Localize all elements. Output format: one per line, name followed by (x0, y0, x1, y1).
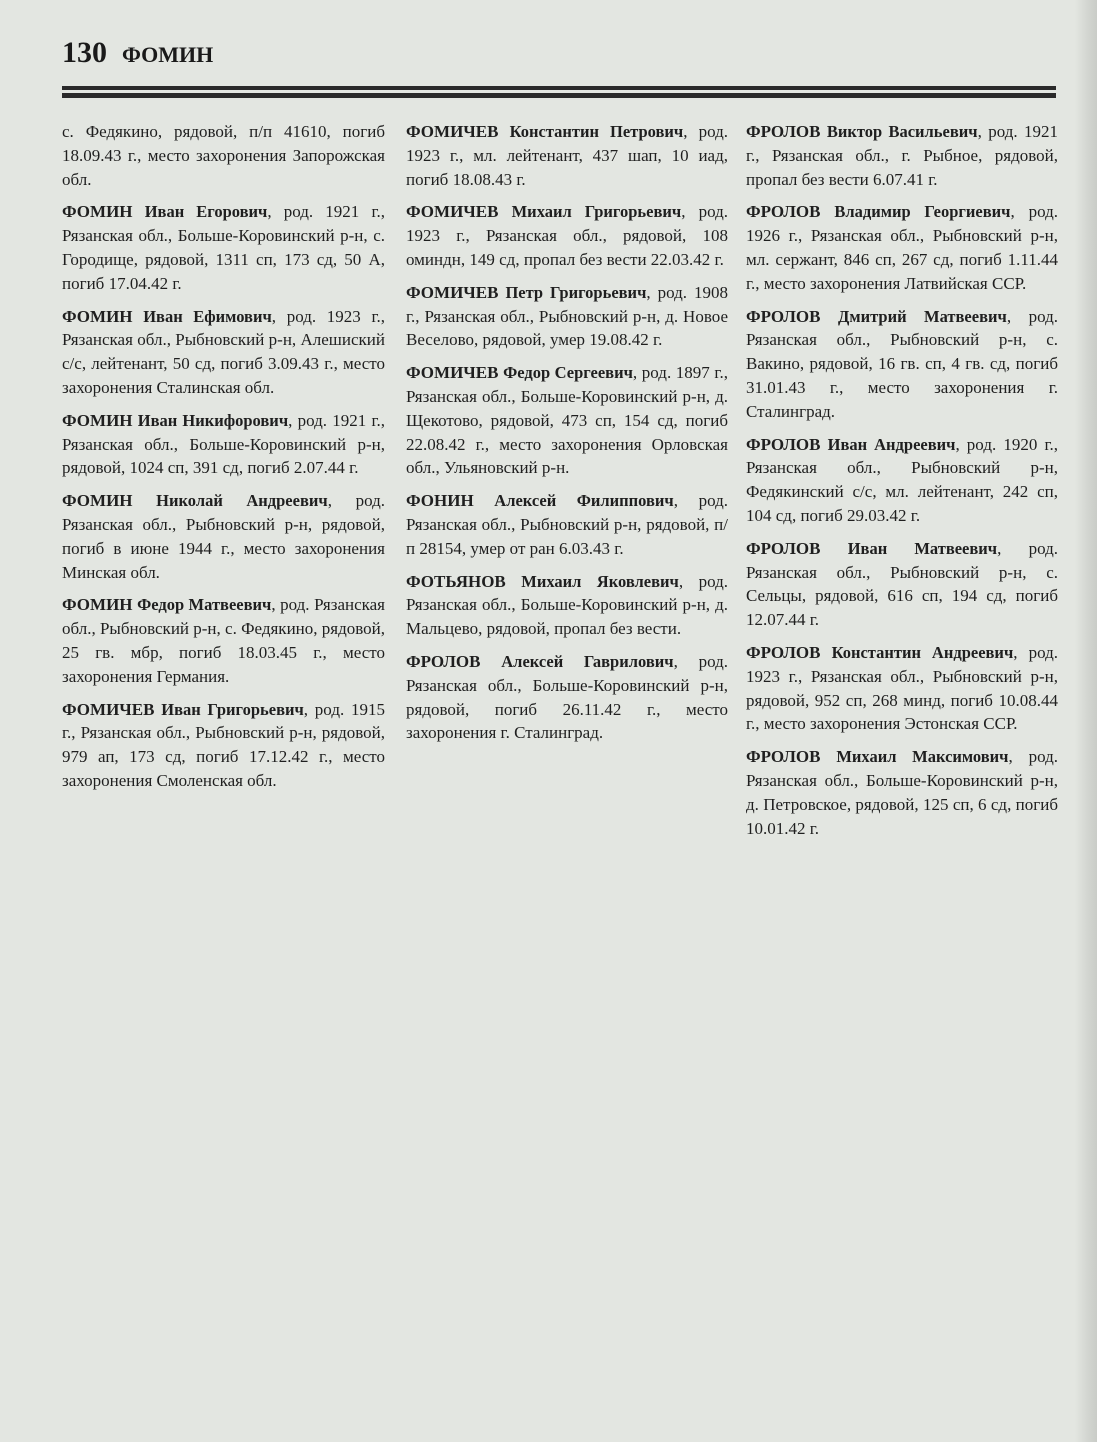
entry: ФОМИН Иван Никифорович, род. 1921 г., Ря… (62, 409, 385, 480)
entry-surname: ФРОЛОВ (746, 539, 821, 558)
entry: ФРОЛОВ Михаил Максимович, род. Рязанская… (746, 745, 1058, 840)
entry-given-name: Николай Андреевич (156, 491, 328, 510)
entry: ФРОЛОВ Константин Андреевич, род. 1923 г… (746, 641, 1058, 736)
page-number: 130 (62, 36, 107, 69)
entry-given-name: Алексей Филиппович (494, 491, 673, 510)
entry: ФОНИН Алексей Филиппович, род. Рязанская… (406, 489, 728, 560)
page-header: 130 ФОМИН (62, 36, 213, 70)
entry-given-name: Федор Сергеевич (503, 363, 633, 382)
entry-surname: ФРОЛОВ (746, 435, 821, 454)
entry-given-name: Михаил Максимович (836, 747, 1008, 766)
entry-text: с. Федякино, рядовой, п/п 41610, погиб 1… (62, 122, 385, 189)
entry-surname: ФРОЛОВ (406, 652, 481, 671)
entry-given-name: Федор Матвеевич (137, 595, 271, 614)
entry-given-name: Иван Ефимович (143, 307, 272, 326)
header-rule-bottom (62, 93, 1056, 98)
entry: ФОМИН Иван Ефимович, род. 1923 г., Рязан… (62, 305, 385, 400)
running-head: ФОМИН (122, 42, 213, 67)
entry: ФРОЛОВ Иван Андреевич, род. 1920 г., Ряз… (746, 433, 1058, 528)
page-edge-shadow (1075, 0, 1097, 1442)
entry-given-name: Константин Петрович (510, 122, 684, 141)
entry-given-name: Иван Григорьевич (161, 700, 304, 719)
entry-surname: ФОМИЧЕВ (406, 202, 498, 221)
column-3: ФРОЛОВ Виктор Васильевич, род. 1921 г., … (746, 120, 1058, 849)
entry: ФОМИЧЕВ Петр Григорьевич, род. 1908 г., … (406, 281, 728, 352)
entry-surname: ФОТЬЯНОВ (406, 572, 506, 591)
entry-given-name: Иван Никифорович (138, 411, 288, 430)
entry: ФОМИН Федор Матвеевич, род. Рязанская об… (62, 593, 385, 688)
entry: с. Федякино, рядовой, п/п 41610, погиб 1… (62, 120, 385, 191)
entry: ФОМИЧЕВ Иван Григорьевич, род. 1915 г., … (62, 698, 385, 793)
entry: ФРОЛОВ Алексей Гаврилович, род. Рязанска… (406, 650, 728, 745)
entry: ФРОЛОВ Дмитрий Матвеевич, род. Рязанская… (746, 305, 1058, 424)
entry-surname: ФОМИН (62, 307, 133, 326)
entry-surname: ФРОЛОВ (746, 122, 821, 141)
entry: ФРОЛОВ Виктор Васильевич, род. 1921 г., … (746, 120, 1058, 191)
entry-given-name: Алексей Гаврилович (501, 652, 673, 671)
column-1: с. Федякино, рядовой, п/п 41610, погиб 1… (62, 120, 385, 802)
column-2: ФОМИЧЕВ Константин Петрович, род. 1923 г… (406, 120, 728, 754)
entry-surname: ФОМИЧЕВ (406, 283, 498, 302)
entry-surname: ФОМИЧЕВ (406, 122, 498, 141)
entry: ФОМИЧЕВ Михаил Григорьевич, род. 1923 г.… (406, 200, 728, 271)
entry-given-name: Иван Егорович (145, 202, 268, 221)
header-rule-top (62, 86, 1056, 90)
entry-surname: ФРОЛОВ (746, 643, 821, 662)
entry-surname: ФОМИН (62, 411, 133, 430)
entry: ФОМИЧЕВ Федор Сергеевич, род. 1897 г., Р… (406, 361, 728, 480)
entry-surname: ФОМИЧЕВ (406, 363, 498, 382)
entry: ФОТЬЯНОВ Михаил Яковлевич, род. Рязанска… (406, 570, 728, 641)
entry: ФРОЛОВ Иван Матвеевич, род. Рязанская об… (746, 537, 1058, 632)
entry-surname: ФОНИН (406, 491, 474, 510)
entry-surname: ФОМИН (62, 595, 133, 614)
entry-surname: ФОМИН (62, 202, 133, 221)
entry-surname: ФРОЛОВ (746, 747, 821, 766)
entry-given-name: Иван Андреевич (828, 435, 956, 454)
entry-surname: ФОМИН (62, 491, 133, 510)
entry-surname: ФРОЛОВ (746, 202, 821, 221)
entry-given-name: Михаил Яковлевич (521, 572, 679, 591)
entry: ФОМИЧЕВ Константин Петрович, род. 1923 г… (406, 120, 728, 191)
entry-given-name: Дмитрий Матвеевич (838, 307, 1007, 326)
entry: ФОМИН Николай Андреевич, род. Рязанская … (62, 489, 385, 584)
entry-given-name: Виктор Васильевич (827, 122, 978, 141)
entry-given-name: Иван Матвеевич (848, 539, 997, 558)
entry: ФРОЛОВ Владимир Георгиевич, род. 1926 г.… (746, 200, 1058, 295)
entry: ФОМИН Иван Егорович, род. 1921 г., Рязан… (62, 200, 385, 295)
entry-surname: ФОМИЧЕВ (62, 700, 154, 719)
entry-given-name: Константин Андреевич (832, 643, 1014, 662)
entry-surname: ФРОЛОВ (746, 307, 821, 326)
entry-given-name: Михаил Григорьевич (512, 202, 682, 221)
entry-given-name: Владимир Георгиевич (834, 202, 1010, 221)
entry-given-name: Петр Григорьевич (505, 283, 646, 302)
